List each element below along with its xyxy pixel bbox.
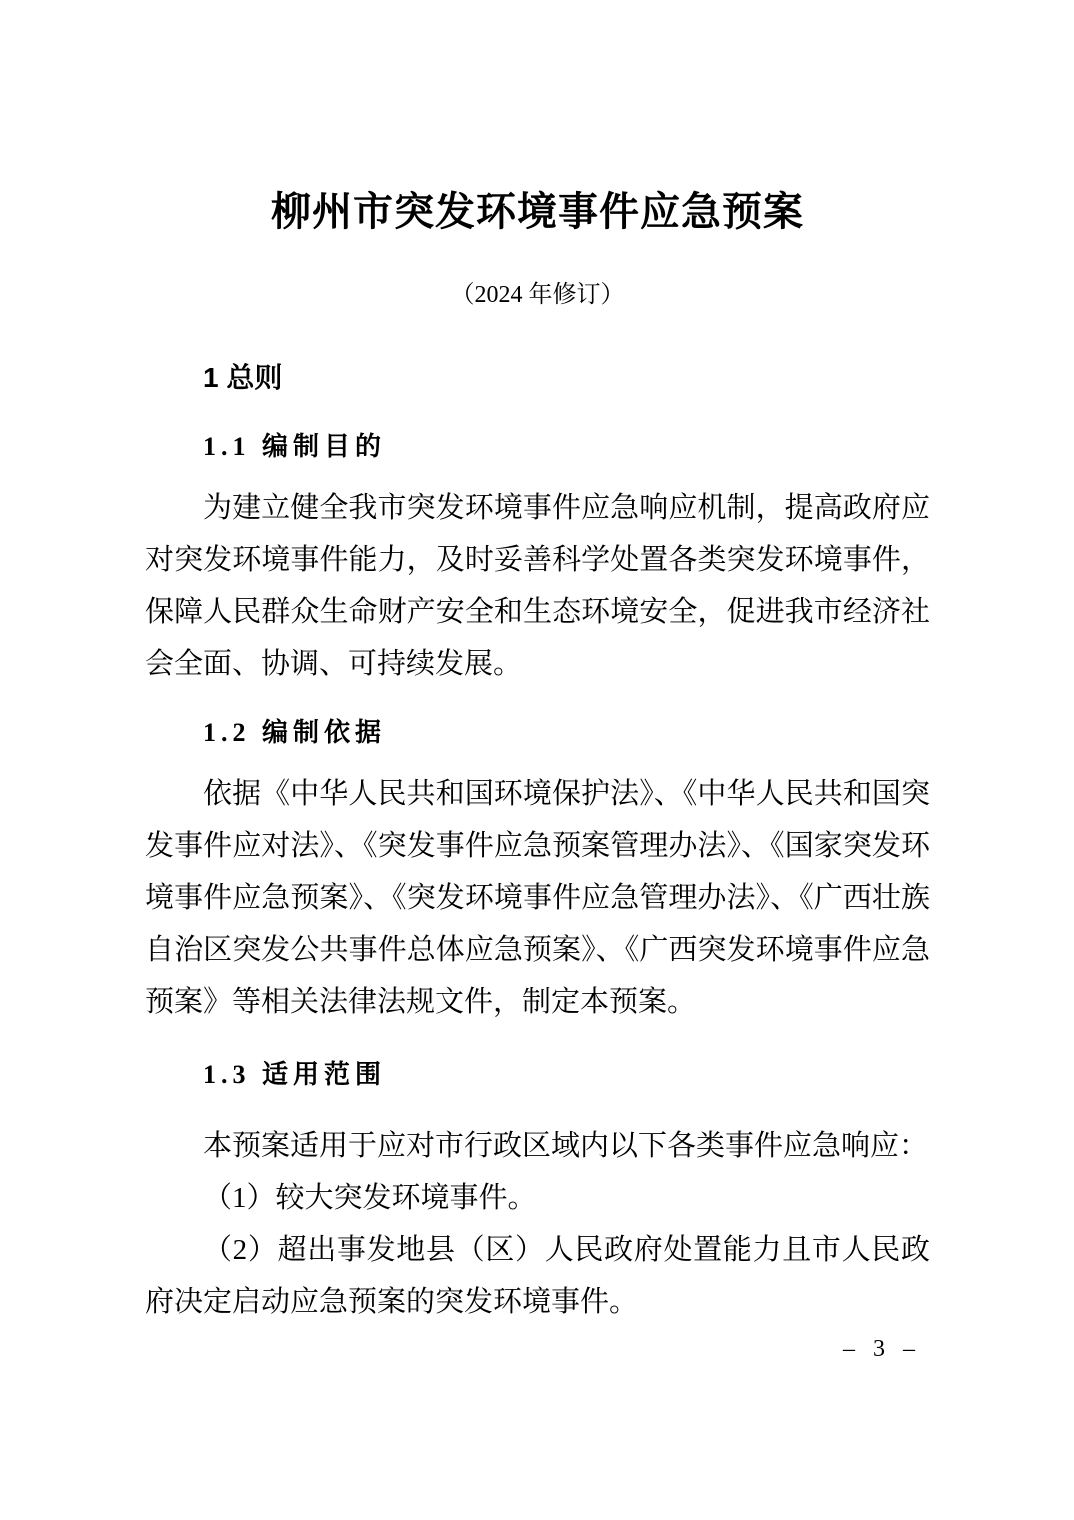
page-number: – 3 –: [843, 1334, 916, 1364]
paragraph-purpose: 为建立健全我市突发环境事件应急响应机制，提高政府应对突发环境事件能力，及时妥善科…: [145, 482, 930, 690]
section-heading-1-3: 1.3 适用范围: [145, 1056, 930, 1094]
paragraph-legal-basis: 依据《中华人民共和国环境保护法》、《中华人民共和国突发事件应对法》、《突发事件应…: [145, 768, 930, 1028]
document-page: 柳州市突发环境事件应急预案 （2024 年修订） 1 总则 1.1 编制目的 为…: [0, 0, 1074, 1520]
paragraph-scope-item-2: （2）超出事发地县（区）人民政府处置能力且市人民政府决定启动应急预案的突发环境事…: [145, 1224, 930, 1328]
paragraph-scope-intro: 本预案适用于应对市行政区域内以下各类事件应急响应：: [145, 1120, 930, 1172]
document-subtitle: （2024 年修订）: [145, 278, 930, 312]
section-heading-1-1: 1.1 编制目的: [145, 428, 930, 466]
paragraph-scope-item-1: （1）较大突发环境事件。: [145, 1172, 930, 1224]
section-heading-1-2: 1.2 编制依据: [145, 714, 930, 752]
chapter-heading-1: 1 总则: [145, 358, 930, 398]
document-title: 柳州市突发环境事件应急预案: [145, 186, 930, 238]
